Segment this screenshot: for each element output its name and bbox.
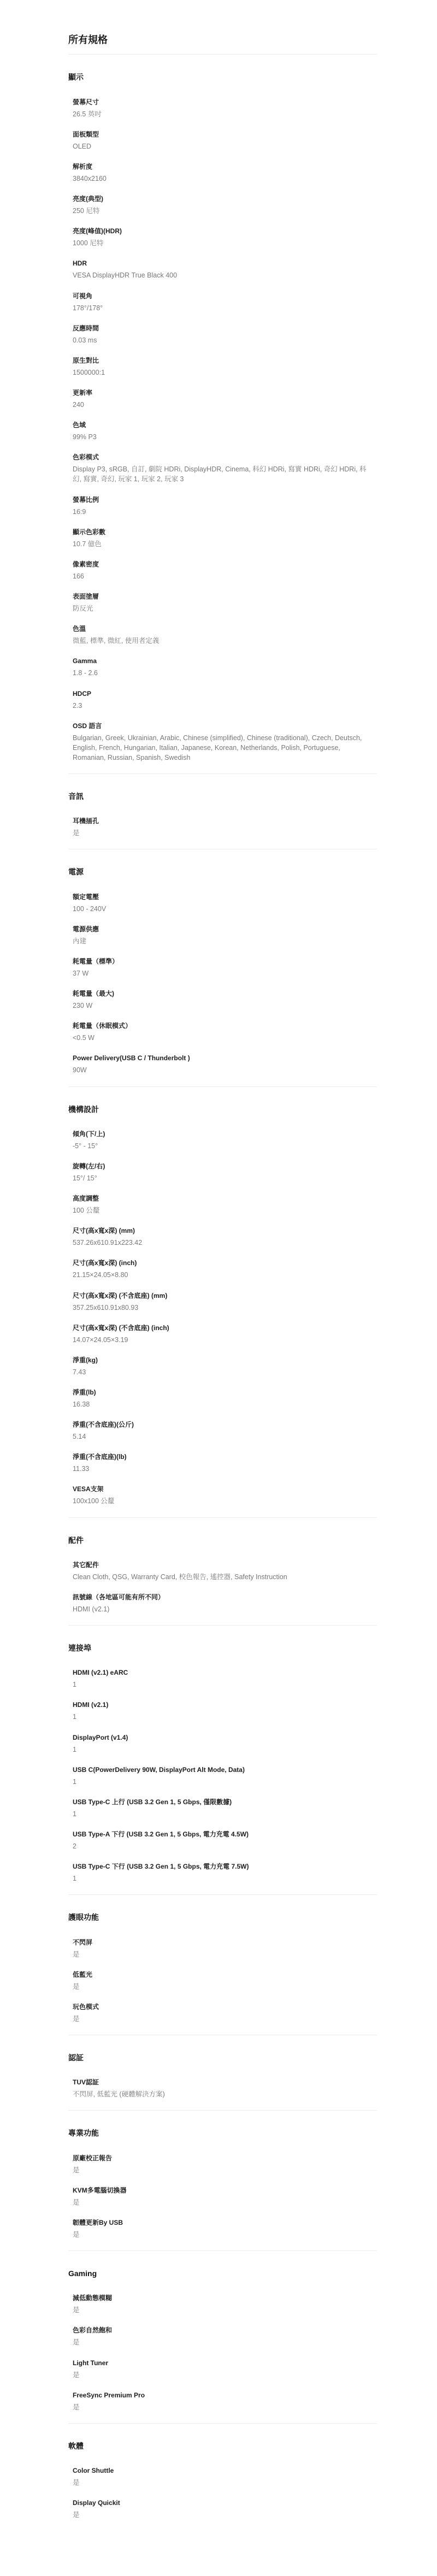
spec-item-value: 微藍, 標準, 微紅, 使用者定義 [73, 636, 373, 646]
spec-item-label: TUV認証 [73, 2078, 373, 2087]
spec-item-label: 亮度(典型) [73, 194, 373, 204]
spec-item-value: 178°/178° [73, 303, 373, 313]
spec-item-value: 100 - 240V [73, 904, 373, 914]
spec-item: OSD 語言 Bulgarian, Greek, Ukrainian, Arab… [73, 722, 373, 763]
spec-item: USB C(PowerDelivery 90W, DisplayPort Alt… [73, 1765, 373, 1787]
spec-item: HDR VESA DisplayHDR True Black 400 [73, 259, 373, 280]
section-divider [68, 1894, 377, 1895]
spec-item-value: Bulgarian, Greek, Ukrainian, Arabic, Chi… [73, 733, 373, 763]
spec-item-label: 淨重(kg) [73, 1356, 373, 1365]
spec-item-label: HDMI (v2.1) [73, 1700, 373, 1710]
spec-item: 反應時間 0.03 ms [73, 324, 373, 345]
spec-item-label: USB Type-C 下行 (USB 3.2 Gen 1, 5 Gbps, 電力… [73, 1862, 373, 1871]
spec-item-label: 色彩模式 [73, 453, 373, 462]
spec-item-label: 傾角(下/上) [73, 1130, 373, 1139]
spec-item: 電源供應 內建 [73, 925, 373, 946]
spec-item: KVM多電腦切換器 是 [73, 2186, 373, 2207]
spec-item-label: 玩色模式 [73, 2002, 373, 2012]
spec-item-label: 淨重(不含底座)(lb) [73, 1452, 373, 1462]
spec-item-label: 色域 [73, 421, 373, 430]
spec-item-value: 230 W [73, 1001, 373, 1011]
spec-item: USB Type-A 下行 (USB 3.2 Gen 1, 5 Gbps, 電力… [73, 1830, 373, 1851]
spec-item-value: HDMI (v2.1) [73, 1604, 373, 1614]
spec-item-label: 耗電量（最大) [73, 989, 373, 999]
spec-item-label: FreeSync Premium Pro [73, 2391, 373, 2400]
spec-item: 亮度(典型) 250 尼特 [73, 194, 373, 216]
spec-item-value: 1500000:1 [73, 368, 373, 377]
title-divider [68, 54, 377, 55]
spec-item: 解析度 3840x2160 [73, 162, 373, 184]
spec-item-label: HDR [73, 259, 373, 268]
spec-item: USB Type-C 下行 (USB 3.2 Gen 1, 5 Gbps, 電力… [73, 1862, 373, 1883]
spec-item-value: 537.26x610.91x223.42 [73, 1238, 373, 1248]
section-title: 護眼功能 [68, 1912, 377, 1922]
section-title: 配件 [68, 1535, 377, 1545]
spec-item: 尺寸(高x寬x深) (mm) 537.26x610.91x223.42 [73, 1226, 373, 1248]
spec-item-label: 耳機插孔 [73, 817, 373, 826]
spec-sections: 顯示 螢幕尺寸 26.5 英吋 面板類型 OLED 解析度 3840x2160 … [68, 72, 377, 2520]
spec-item: 傾角(下/上) -5° - 15° [73, 1130, 373, 1151]
spec-item-label: 耗電量（標準） [73, 957, 373, 966]
spec-item: DisplayPort (v1.4) 1 [73, 1733, 373, 1754]
spec-item-label: 像素密度 [73, 560, 373, 569]
spec-item-value: 不閃屏, 低藍光 (硬體解決方案) [73, 2089, 373, 2099]
spec-item-value: Display P3, sRGB, 自訂, 劇院 HDRi, DisplayHD… [73, 464, 373, 484]
spec-item: 可視角 178°/178° [73, 292, 373, 313]
section-title: 機構設計 [68, 1104, 377, 1114]
spec-item: 尺寸(高x寬x深) (不含底座) (mm) 357.25x610.91x80.9… [73, 1291, 373, 1313]
spec-item-label: HDMI (v2.1) eARC [73, 1668, 373, 1677]
spec-item-value: 100 公釐 [73, 1206, 373, 1215]
spec-item-label: 色彩自然飽和 [73, 2326, 373, 2335]
spec-item-label: DisplayPort (v1.4) [73, 1733, 373, 1742]
spec-item-value: 166 [73, 571, 373, 581]
spec-section: 電源 額定電壓 100 - 240V 電源供應 內建 耗電量（標準） 37 W … [68, 867, 377, 1086]
spec-section: 護眼功能 不閃屏 是 低藍光 是 玩色模式 是 [68, 1912, 377, 2035]
spec-item-label: 旋轉(左/右) [73, 1162, 373, 1171]
section-items: Color Shuttle 是 Display Quickit 是 [68, 2466, 377, 2520]
spec-item-value: OLED [73, 141, 373, 151]
spec-item-label: Display Quickit [73, 2498, 373, 2508]
section-divider [68, 2250, 377, 2251]
spec-item: 其它配件 Clean Cloth, QSG, Warranty Card, 校色… [73, 1561, 373, 1582]
spec-item-value: 內建 [73, 936, 373, 946]
spec-item-value: 357.25x610.91x80.93 [73, 1303, 373, 1313]
spec-section: 顯示 螢幕尺寸 26.5 英吋 面板類型 OLED 解析度 3840x2160 … [68, 72, 377, 774]
spec-item-value: 1 [73, 1874, 373, 1883]
spec-item-value: 1 [73, 1777, 373, 1787]
section-items: 不閃屏 是 低藍光 是 玩色模式 是 [68, 1938, 377, 2024]
spec-item: 玩色模式 是 [73, 2002, 373, 2024]
section-items: 原廠校正報告 是 KVM多電腦切換器 是 韌體更新By USB 是 [68, 2154, 377, 2240]
spec-item-value: 1 [73, 1809, 373, 1819]
spec-item-value: 防反光 [73, 604, 373, 613]
section-divider [68, 849, 377, 849]
spec-item-value: 0.03 ms [73, 335, 373, 345]
spec-item-label: 額定電壓 [73, 893, 373, 902]
spec-item-value: 是 [73, 2197, 373, 2207]
section-title: 認証 [68, 2053, 377, 2063]
section-divider [68, 2423, 377, 2424]
spec-item: 淨重(lb) 16.38 [73, 1388, 373, 1409]
spec-item-value: 26.5 英吋 [73, 109, 373, 119]
spec-item-value: 是 [73, 2230, 373, 2240]
spec-item: 尺寸(高x寬x深) (不含底座) (inch) 14.07×24.05×3.19 [73, 1324, 373, 1345]
spec-item: 色彩模式 Display P3, sRGB, 自訂, 劇院 HDRi, Disp… [73, 453, 373, 484]
spec-item-value: <0.5 W [73, 1033, 373, 1043]
section-items: 耳機插孔 是 [68, 817, 377, 838]
spec-item: 耗電量（休眠模式） <0.5 W [73, 1021, 373, 1043]
spec-item-value: 16.38 [73, 1399, 373, 1409]
spec-item-value: -5° - 15° [73, 1141, 373, 1151]
section-divider [68, 2035, 377, 2035]
section-divider [68, 1517, 377, 1518]
spec-section: 專業功能 原廠校正報告 是 KVM多電腦切換器 是 韌體更新By USB 是 [68, 2128, 377, 2251]
section-items: 螢幕尺寸 26.5 英吋 面板類型 OLED 解析度 3840x2160 亮度(… [68, 98, 377, 763]
spec-item-label: 低藍光 [73, 1970, 373, 1980]
spec-section: 連接埠 HDMI (v2.1) eARC 1 HDMI (v2.1) 1 Dis… [68, 1643, 377, 1895]
section-title: Gaming [68, 2268, 377, 2278]
spec-item-label: 色溫 [73, 624, 373, 634]
section-divider [68, 1086, 377, 1087]
spec-item-value: 是 [73, 2402, 373, 2412]
spec-item-label: 韌體更新By USB [73, 2218, 373, 2228]
section-items: 減低動態模糊 是 色彩自然飽和 是 Light Tuner 是 FreeSync… [68, 2294, 377, 2412]
spec-item: 低藍光 是 [73, 1970, 373, 1992]
spec-item-value: 15°/ 15° [73, 1173, 373, 1183]
spec-item: HDMI (v2.1) eARC 1 [73, 1668, 373, 1689]
spec-item: 色域 99% P3 [73, 421, 373, 442]
spec-item-value: Clean Cloth, QSG, Warranty Card, 校色報告, 遙… [73, 1572, 373, 1582]
spec-item-value: 5.14 [73, 1432, 373, 1441]
spec-item-value: 是 [73, 828, 373, 838]
spec-item: USB Type-C 上行 (USB 3.2 Gen 1, 5 Gbps, 僅限… [73, 1798, 373, 1819]
spec-item-label: OSD 語言 [73, 722, 373, 731]
spec-item-label: 螢幕比例 [73, 495, 373, 505]
spec-item-value: 250 尼特 [73, 206, 373, 216]
spec-item-value: 240 [73, 400, 373, 410]
spec-section: 認証 TUV認証 不閃屏, 低藍光 (硬體解決方案) [68, 2053, 377, 2111]
spec-item-label: 耗電量（休眠模式） [73, 1021, 373, 1031]
spec-item: 原生對比 1500000:1 [73, 356, 373, 377]
spec-item-value: 100x100 公釐 [73, 1496, 373, 1506]
spec-item: 更新率 240 [73, 388, 373, 410]
spec-item: HDMI (v2.1) 1 [73, 1700, 373, 1722]
spec-section: 軟體 Color Shuttle 是 Display Quickit 是 [68, 2441, 377, 2520]
spec-item-value: 1 [73, 1680, 373, 1689]
section-divider [68, 773, 377, 774]
spec-item-value: 11.33 [73, 1464, 373, 1474]
spec-item-label: 淨重(不含底座)(公斤) [73, 1420, 373, 1429]
spec-item: FreeSync Premium Pro 是 [73, 2391, 373, 2412]
spec-item-value: 37 W [73, 968, 373, 978]
section-divider [68, 2110, 377, 2111]
spec-item: TUV認証 不閃屏, 低藍光 (硬體解決方案) [73, 2078, 373, 2099]
spec-item: 淨重(kg) 7.43 [73, 1356, 373, 1377]
spec-item: Gamma 1.8 - 2.6 [73, 657, 373, 678]
spec-item-value: 是 [73, 2305, 373, 2315]
spec-item-value: 是 [73, 2370, 373, 2380]
spec-item-label: 尺寸(高x寬x深) (不含底座) (mm) [73, 1291, 373, 1301]
spec-item-label: 尺寸(高x寬x深) (inch) [73, 1259, 373, 1268]
spec-item: 色彩自然飽和 是 [73, 2326, 373, 2347]
spec-item: 亮度(峰值)(HDR) 1000 尼特 [73, 227, 373, 248]
spec-item-value: 1 [73, 1712, 373, 1722]
spec-section: 機構設計 傾角(下/上) -5° - 15° 旋轉(左/右) 15°/ 15° … [68, 1104, 377, 1518]
spec-item-label: 尺寸(高x寬x深) (不含底座) (inch) [73, 1324, 373, 1333]
spec-item-label: Power Delivery(USB C / Thunderbolt ) [73, 1054, 373, 1063]
section-items: TUV認証 不閃屏, 低藍光 (硬體解決方案) [68, 2078, 377, 2099]
spec-item-label: 更新率 [73, 388, 373, 398]
spec-section: 配件 其它配件 Clean Cloth, QSG, Warranty Card,… [68, 1535, 377, 1626]
spec-item-value: 7.43 [73, 1367, 373, 1377]
spec-item-label: 淨重(lb) [73, 1388, 373, 1397]
spec-item-label: VESA支架 [73, 1485, 373, 1494]
spec-item-value: 3840x2160 [73, 174, 373, 184]
spec-item-label: 高度調整 [73, 1194, 373, 1203]
spec-item-label: 訊號線（各地區可能有所不同） [73, 1593, 373, 1602]
spec-item: Light Tuner 是 [73, 2359, 373, 2380]
spec-item: 韌體更新By USB 是 [73, 2218, 373, 2240]
section-items: 其它配件 Clean Cloth, QSG, Warranty Card, 校色… [68, 1561, 377, 1614]
spec-item-value: 1 [73, 1745, 373, 1754]
spec-item-label: 可視角 [73, 292, 373, 301]
spec-item-label: 原生對比 [73, 356, 373, 365]
spec-item: 旋轉(左/右) 15°/ 15° [73, 1162, 373, 1183]
spec-item-value: 是 [73, 2014, 373, 2024]
spec-item-label: 亮度(峰值)(HDR) [73, 227, 373, 236]
spec-item: 耳機插孔 是 [73, 817, 373, 838]
spec-item-value: 2.3 [73, 701, 373, 711]
spec-item-value: 是 [73, 2510, 373, 2520]
spec-item: 額定電壓 100 - 240V [73, 893, 373, 914]
section-title: 電源 [68, 867, 377, 877]
spec-item: 原廠校正報告 是 [73, 2154, 373, 2175]
spec-item: 像素密度 166 [73, 560, 373, 581]
spec-item-value: VESA DisplayHDR True Black 400 [73, 270, 373, 280]
spec-item: 耗電量（最大) 230 W [73, 989, 373, 1011]
spec-item-label: 原廠校正報告 [73, 2154, 373, 2163]
spec-item-label: Color Shuttle [73, 2466, 373, 2475]
section-title: 連接埠 [68, 1643, 377, 1653]
spec-item: 減低動態模糊 是 [73, 2294, 373, 2315]
spec-item-label: HDCP [73, 689, 373, 699]
spec-item: 高度調整 100 公釐 [73, 1194, 373, 1215]
spec-item: Power Delivery(USB C / Thunderbolt ) 90W [73, 1054, 373, 1075]
spec-item: Color Shuttle 是 [73, 2466, 373, 2488]
spec-item-value: 是 [73, 1949, 373, 1959]
spec-item-value: 是 [73, 1982, 373, 1992]
spec-item-label: 反應時間 [73, 324, 373, 333]
spec-item-value: 16:9 [73, 507, 373, 517]
spec-item: 不閃屏 是 [73, 1938, 373, 1959]
section-items: 傾角(下/上) -5° - 15° 旋轉(左/右) 15°/ 15° 高度調整 … [68, 1130, 377, 1506]
spec-item-value: 1.8 - 2.6 [73, 668, 373, 678]
spec-item-value: 是 [73, 2478, 373, 2488]
spec-item-label: 電源供應 [73, 925, 373, 934]
section-title: 顯示 [68, 72, 377, 82]
spec-item: 顯示色彩數 10.7 億色 [73, 528, 373, 549]
spec-item-value: 21.15×24.05×8.80 [73, 1270, 373, 1280]
spec-item: 表面塗層 防反光 [73, 592, 373, 613]
spec-item-label: 螢幕尺寸 [73, 98, 373, 107]
section-title: 軟體 [68, 2441, 377, 2451]
spec-item-label: 不閃屏 [73, 1938, 373, 1947]
spec-item: 色溫 微藍, 標準, 微紅, 使用者定義 [73, 624, 373, 646]
spec-item: VESA支架 100x100 公釐 [73, 1485, 373, 1506]
page-title: 所有規格 [68, 34, 377, 46]
spec-item: 螢幕比例 16:9 [73, 495, 373, 517]
section-divider [68, 1625, 377, 1626]
spec-item-value: 是 [73, 2337, 373, 2347]
spec-item-label: USB C(PowerDelivery 90W, DisplayPort Alt… [73, 1765, 373, 1775]
spec-item-value: 99% P3 [73, 432, 373, 442]
spec-section: Gaming 減低動態模糊 是 色彩自然飽和 是 Light Tuner 是 F… [68, 2268, 377, 2424]
spec-item-value: 14.07×24.05×3.19 [73, 1335, 373, 1345]
spec-item-value: 是 [73, 2165, 373, 2175]
spec-item-label: 顯示色彩數 [73, 528, 373, 537]
spec-item-label: USB Type-C 上行 (USB 3.2 Gen 1, 5 Gbps, 僅限… [73, 1798, 373, 1807]
spec-item-value: 10.7 億色 [73, 539, 373, 549]
spec-item: HDCP 2.3 [73, 689, 373, 711]
spec-item-value: 2 [73, 1841, 373, 1851]
spec-item-label: 表面塗層 [73, 592, 373, 601]
spec-item-label: 解析度 [73, 162, 373, 172]
spec-item-label: KVM多電腦切換器 [73, 2186, 373, 2195]
spec-item-label: Gamma [73, 657, 373, 666]
spec-item-label: 面板類型 [73, 130, 373, 139]
spec-item-label: 其它配件 [73, 1561, 373, 1570]
section-title: 專業功能 [68, 2128, 377, 2138]
spec-item-label: 尺寸(高x寬x深) (mm) [73, 1226, 373, 1236]
spec-item-label: Light Tuner [73, 2359, 373, 2368]
spec-item-label: 減低動態模糊 [73, 2294, 373, 2303]
spec-item-value: 90W [73, 1065, 373, 1075]
spec-item-label: USB Type-A 下行 (USB 3.2 Gen 1, 5 Gbps, 電力… [73, 1830, 373, 1839]
section-items: 額定電壓 100 - 240V 電源供應 內建 耗電量（標準） 37 W 耗電量… [68, 893, 377, 1076]
spec-item: 面板類型 OLED [73, 130, 373, 151]
spec-item: 尺寸(高x寬x深) (inch) 21.15×24.05×8.80 [73, 1259, 373, 1280]
spec-item: 淨重(不含底座)(公斤) 5.14 [73, 1420, 373, 1441]
spec-item: 訊號線（各地區可能有所不同） HDMI (v2.1) [73, 1593, 373, 1614]
spec-section: 音訊 耳機插孔 是 [68, 791, 377, 849]
spec-item-value: 1000 尼特 [73, 238, 373, 248]
spec-item: Display Quickit 是 [73, 2498, 373, 2520]
section-items: HDMI (v2.1) eARC 1 HDMI (v2.1) 1 Display… [68, 1668, 377, 1883]
spec-item: 淨重(不含底座)(lb) 11.33 [73, 1452, 373, 1474]
section-title: 音訊 [68, 791, 377, 801]
spec-item: 螢幕尺寸 26.5 英吋 [73, 98, 373, 119]
all-specs-page: 所有規格 顯示 螢幕尺寸 26.5 英吋 面板類型 OLED 解析度 3840x… [0, 0, 437, 2576]
spec-item: 耗電量（標準） 37 W [73, 957, 373, 978]
